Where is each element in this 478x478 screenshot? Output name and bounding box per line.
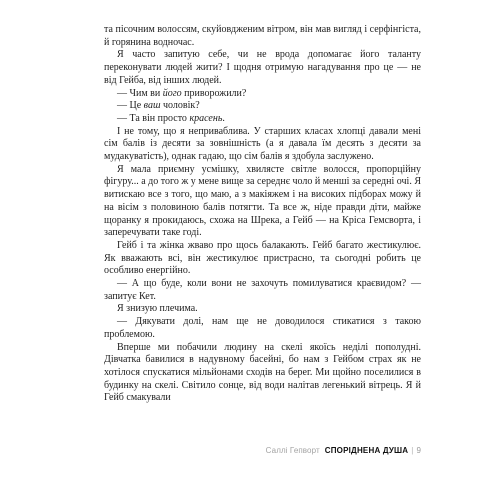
text-segment: Я часто запитую себе, чи не врода допома… (104, 49, 421, 85)
text-segment: І не тому, що я неприваблива. У старших … (104, 126, 421, 162)
footer-book-title: СПОРІДНЕНА ДУША (325, 446, 409, 455)
text-segment: Я мала приємну усмішку, хвилясте світле … (104, 164, 421, 239)
paragraph: Я знизую плечима. (104, 303, 421, 316)
paragraph: І не тому, що я неприваблива. У старших … (104, 126, 421, 164)
text-segment: — Дякувати долі, нам ще не доводилося ст… (104, 316, 421, 340)
text-segment: Гейб і та жінка жваво про щось балакають… (104, 240, 421, 276)
paragraph: — А що буде, коли вони не захочуть помил… (104, 278, 421, 303)
text-segment: — А що буде, коли вони не захочуть помил… (104, 278, 421, 302)
emphasized-text: ваш (144, 100, 161, 111)
paragraph: — Та він просто красень. (104, 113, 421, 126)
paragraph: Гейб і та жінка жваво про щось балакають… (104, 240, 421, 278)
book-page: та пісочним волоссям, скуйовдженим вітро… (0, 0, 478, 478)
footer-page-number: 9 (416, 446, 421, 455)
text-segment: . (222, 113, 225, 124)
paragraph: Вперше ми побачили людину на скелі якоїс… (104, 342, 421, 406)
text-segment: — Це (117, 100, 144, 111)
paragraph: Я мала приємну усмішку, хвилясте світле … (104, 164, 421, 240)
paragraph: та пісочним волоссям, скуйовдженим вітро… (104, 24, 421, 49)
text-segment: — Та він просто (117, 113, 189, 124)
text-segment: Вперше ми побачили людину на скелі якоїс… (104, 342, 421, 404)
footer-author: Саллі Гепворт (266, 446, 320, 455)
text-segment: Я знизую плечима. (117, 303, 198, 314)
text-segment: приворожили? (182, 88, 247, 99)
paragraph: Я часто запитую себе, чи не врода допома… (104, 49, 421, 87)
text-segment: — Чим ви (117, 88, 163, 99)
text-segment: чоловік? (161, 100, 200, 111)
text-segment: та пісочним волоссям, скуйовдженим вітро… (104, 24, 421, 48)
footer-separator: | (411, 446, 413, 455)
paragraph: — Дякувати долі, нам ще не доводилося ст… (104, 316, 421, 341)
paragraph: — Це ваш чоловік? (104, 100, 421, 113)
body-text: та пісочним волоссям, скуйовдженим вітро… (104, 24, 421, 405)
paragraph: — Чим ви його приворожили? (104, 88, 421, 101)
emphasized-text: красень (189, 113, 222, 124)
page-footer: Саллі ГепвортСПОРІДНЕНА ДУША|9 (266, 446, 421, 456)
emphasized-text: його (163, 88, 182, 99)
